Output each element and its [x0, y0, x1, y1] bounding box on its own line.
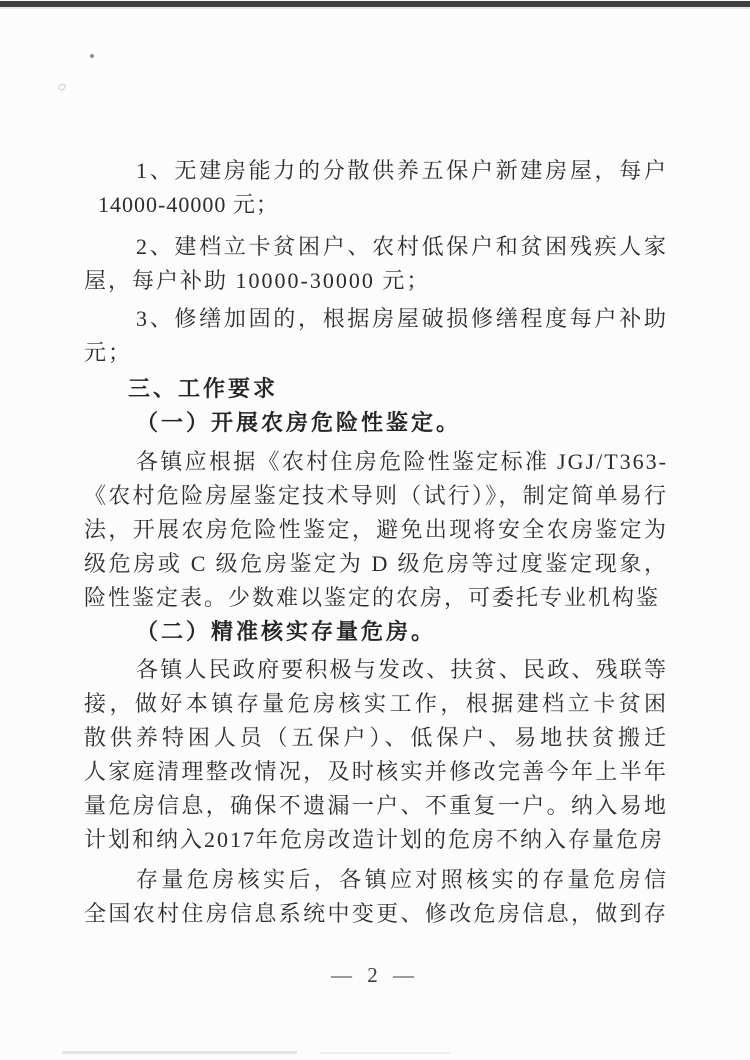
text-line: 元； [84, 336, 668, 370]
paragraph-appraisal-body: 各镇应根据《农村住房危险性鉴定标准 JGJ/T363-2014》和 《农村危险房… [84, 445, 668, 615]
paragraph-subsidy-2: 2、建档立卡贫困户、农村低保户和贫困残疾人家庭新建房 屋，每户补助 10000-… [84, 230, 668, 298]
text-line: 人家庭清理整改情况，及时核实并修改完善今年上半年核查的存 [84, 755, 668, 789]
heading-line: 三、工作要求 [84, 372, 668, 406]
scanned-page: 1、无建房能力的分散供养五保户新建房屋，每户补助 14000-40000 元； … [0, 0, 750, 1060]
text-line: 法，开展农房危险性鉴定，避免出现将安全农房鉴定为 C 级、D [84, 513, 668, 547]
text-line: 各镇人民政府要积极与发改、扶贫、民政、残联等部门的对 [84, 653, 668, 687]
text-line: 1、无建房能力的分散供养五保户新建房屋，每户补助 [84, 154, 668, 188]
scan-speck [90, 54, 94, 58]
text-line: 险性鉴定表。少数难以鉴定的农房，可委托专业机构鉴定。 [84, 581, 668, 615]
paragraph-subsidy-1: 1、无建房能力的分散供养五保户新建房屋，每户补助 14000-40000 元； [84, 154, 668, 222]
scan-smudge [320, 1052, 450, 1054]
text-line: 计划和纳入2017年危房改造计划的危房不纳入存量危房统计。 [84, 823, 668, 857]
heading-line: （一）开展农房危险性鉴定。 [84, 406, 668, 440]
text-line: 屋，每户补助 10000-30000 元； [84, 264, 668, 298]
paragraph-subsidy-3: 3、修缮加固的，根据房屋破损修缮程度每户补助 3000-10000 元； [84, 302, 668, 370]
text-line: 级危房或 C 级危房鉴定为 D 级危房等过度鉴定现象，填写农房危 [84, 547, 668, 581]
text-line: 接，做好本镇存量危房核实工作，根据建档立卡贫困户、农村分 [84, 687, 668, 721]
text-line: 《农村危险房屋鉴定技术导则（试行）》，制定简单易行的鉴定办 [84, 479, 668, 513]
heading-line: （二）精准核实存量危房。 [84, 615, 668, 649]
document-body: 1、无建房能力的分散供养五保户新建房屋，每户补助 14000-40000 元； … [84, 154, 668, 931]
scan-smudge [62, 1051, 297, 1054]
subsection-heading-verify-stock: （二）精准核实存量危房。 [84, 615, 668, 649]
text-line: 散供养特困人员（五保户）、低保户、易地扶贫搬迁户、贫困残疾 [84, 721, 668, 755]
section-heading-work-requirements: 三、工作要求 [84, 372, 668, 406]
text-line: 全国农村住房信息系统中变更、修改危房信息，做到存量危房明 [84, 897, 668, 931]
text-line: 各镇应根据《农村住房危险性鉴定标准 JGJ/T363-2014》和 [84, 445, 668, 479]
scan-speck [57, 82, 67, 91]
scan-edge-shadow [0, 7, 750, 9]
text-line: 2、建档立卡贫困户、农村低保户和贫困残疾人家庭新建房 [84, 230, 668, 264]
page-number: — 2 — [0, 958, 750, 992]
text-line: 14000-40000 元； [84, 188, 668, 222]
text-line: 量危房信息，确保不遗漏一户、不重复一户。纳入易地扶贫搬迁 [84, 789, 668, 823]
paragraph-verify-body: 各镇人民政府要积极与发改、扶贫、民政、残联等部门的对 接，做好本镇存量危房核实工… [84, 653, 668, 857]
subsection-heading-appraisal: （一）开展农房危险性鉴定。 [84, 406, 668, 440]
text-line: 3、修缮加固的，根据房屋破损修缮程度每户补助 3000-10000 [84, 302, 668, 336]
text-line: 存量危房核实后，各镇应对照核实的存量危房信息，及时在 [84, 863, 668, 897]
paragraph-info-system: 存量危房核实后，各镇应对照核实的存量危房信息，及时在 全国农村住房信息系统中变更… [84, 863, 668, 931]
